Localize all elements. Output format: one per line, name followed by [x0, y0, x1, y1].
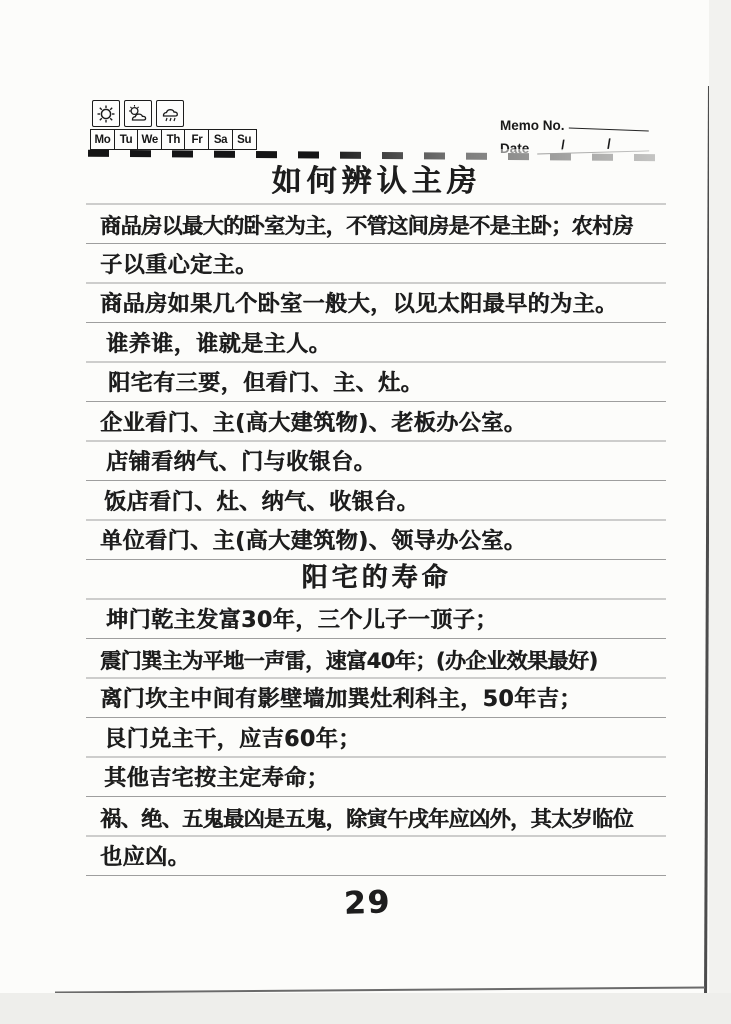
memo-no-blank [568, 115, 648, 131]
rainy-icon [156, 100, 184, 127]
sunny-icon [92, 100, 120, 127]
note-line: 祸、绝、五鬼最凶是五鬼，除寅午戌年应凶外，其太岁临位 [100, 801, 633, 837]
page-number: 29 [343, 884, 391, 922]
scan-background-right [709, 0, 731, 1024]
weather-icon-row [92, 100, 184, 127]
note-line: 震门巽主为平地一声雷，速富40年；(办企业效果最好) [100, 643, 597, 679]
memo-no-row: Memo No. [500, 117, 649, 133]
note-title: 如何辨认主房 [88, 160, 665, 204]
note-line: 店铺看纳气、门与收银台。 [106, 445, 376, 481]
scan-background-bottom [0, 993, 731, 1024]
partly-cloudy-icon [124, 100, 152, 127]
note-line: 单位看门、主(高大建筑物)、领导办公室。 [100, 524, 526, 560]
note-line: 离门坎主中间有影壁墙加巽灶利科主，50年吉； [100, 682, 582, 718]
note-line: 阳宅有三要，但看门、主、灶。 [108, 366, 423, 402]
note-line: 商品房以最大的卧室为主，不管这间房是不是主卧；农村房 [100, 208, 633, 244]
weekday-row: Mo Tu We Th Fr Sa Su [90, 129, 255, 150]
memo-no-label: Memo No. [500, 118, 565, 133]
note-line: 坤门乾主发富30年，三个儿子一顶子； [106, 603, 498, 639]
note-line: 也应凶。 [100, 840, 190, 876]
weekday-cell-su: Su [232, 129, 257, 150]
weekday-cell-fr: Fr [184, 129, 209, 150]
note-line: 饭店看门、灶、纳气、收银台。 [104, 485, 419, 521]
note-section2-title: 阳宅的寿命 [88, 558, 665, 598]
note-line: 谁养谁，谁就是主人。 [106, 327, 331, 363]
note-line: 其他吉宅按主定寿命； [104, 761, 329, 797]
weekday-cell-th: Th [161, 129, 186, 150]
note-line: 企业看门、主(高大建筑物)、老板办公室。 [100, 406, 526, 442]
note-line: 子以重心定主。 [100, 248, 258, 284]
note-line: 艮门兑主干，应吉60年； [104, 722, 361, 758]
weekday-cell-sa: Sa [208, 129, 233, 150]
memo-paper: Mo Tu We Th Fr Sa Su Memo No. Date// 如何辨… [0, 0, 731, 1024]
weekday-cell-mo: Mo [90, 129, 115, 150]
weekday-cell-tu: Tu [114, 129, 139, 150]
weekday-cell-we: We [137, 129, 162, 150]
note-line: 商品房如果几个卧室一般大，以见太阳最早的为主。 [100, 287, 618, 323]
